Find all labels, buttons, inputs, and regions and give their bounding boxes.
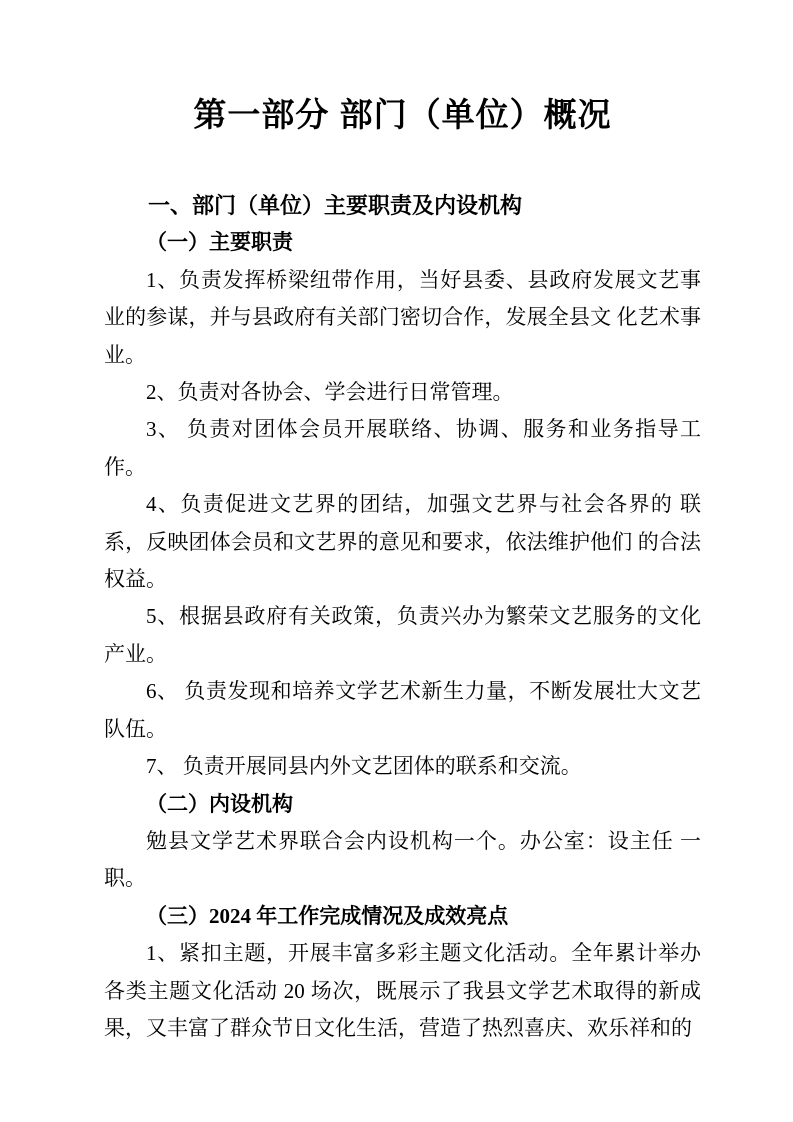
paragraph-internal-org: 勉县文学艺术界联合会内设机构一个。办公室：设主任 一职。 [104,823,701,898]
document-title: 第一部分 部门（单位）概况 [104,90,701,140]
paragraph-duty-3: 3、 负责对团体会员开展联络、协调、服务和业务指导工作。 [104,411,701,486]
paragraph-2024-work-1: 1、紧扣主题，开展丰富多彩主题文化活动。全年累计举办各类主题文化活动 20 场次… [104,935,701,1047]
paragraph-duty-1: 1、负责发挥桥梁纽带作用，当好县委、县政府发展文艺事业的参谋，并与县政府有关部门… [104,262,701,374]
paragraph-duty-2: 2、负责对各协会、学会进行日常管理。 [104,374,701,411]
subsection-heading-duties: （一）主要职责 [104,224,701,261]
subsection-heading-2024-work: （三）2024 年工作完成情况及成效亮点 [104,898,701,935]
document-page: 第一部分 部门（单位）概况 一、部门（单位）主要职责及内设机构 （一）主要职责 … [0,0,793,1122]
paragraph-duty-7: 7、 负责开展同县内外文艺团体的联系和交流。 [104,748,701,785]
paragraph-duty-6: 6、 负责发现和培养文学艺术新生力量，不断发展壮大文艺队伍。 [104,673,701,748]
section-heading-1: 一、部门（单位）主要职责及内设机构 [104,187,701,224]
paragraph-duty-5: 5、根据县政府有关政策，负责兴办为繁荣文艺服务的文化产业。 [104,598,701,673]
subsection-heading-internal-org: （二）内设机构 [104,786,701,823]
paragraph-duty-4: 4、负责促进文艺界的团结，加强文艺界与社会各界的 联系，反映团体会员和文艺界的意… [104,486,701,598]
